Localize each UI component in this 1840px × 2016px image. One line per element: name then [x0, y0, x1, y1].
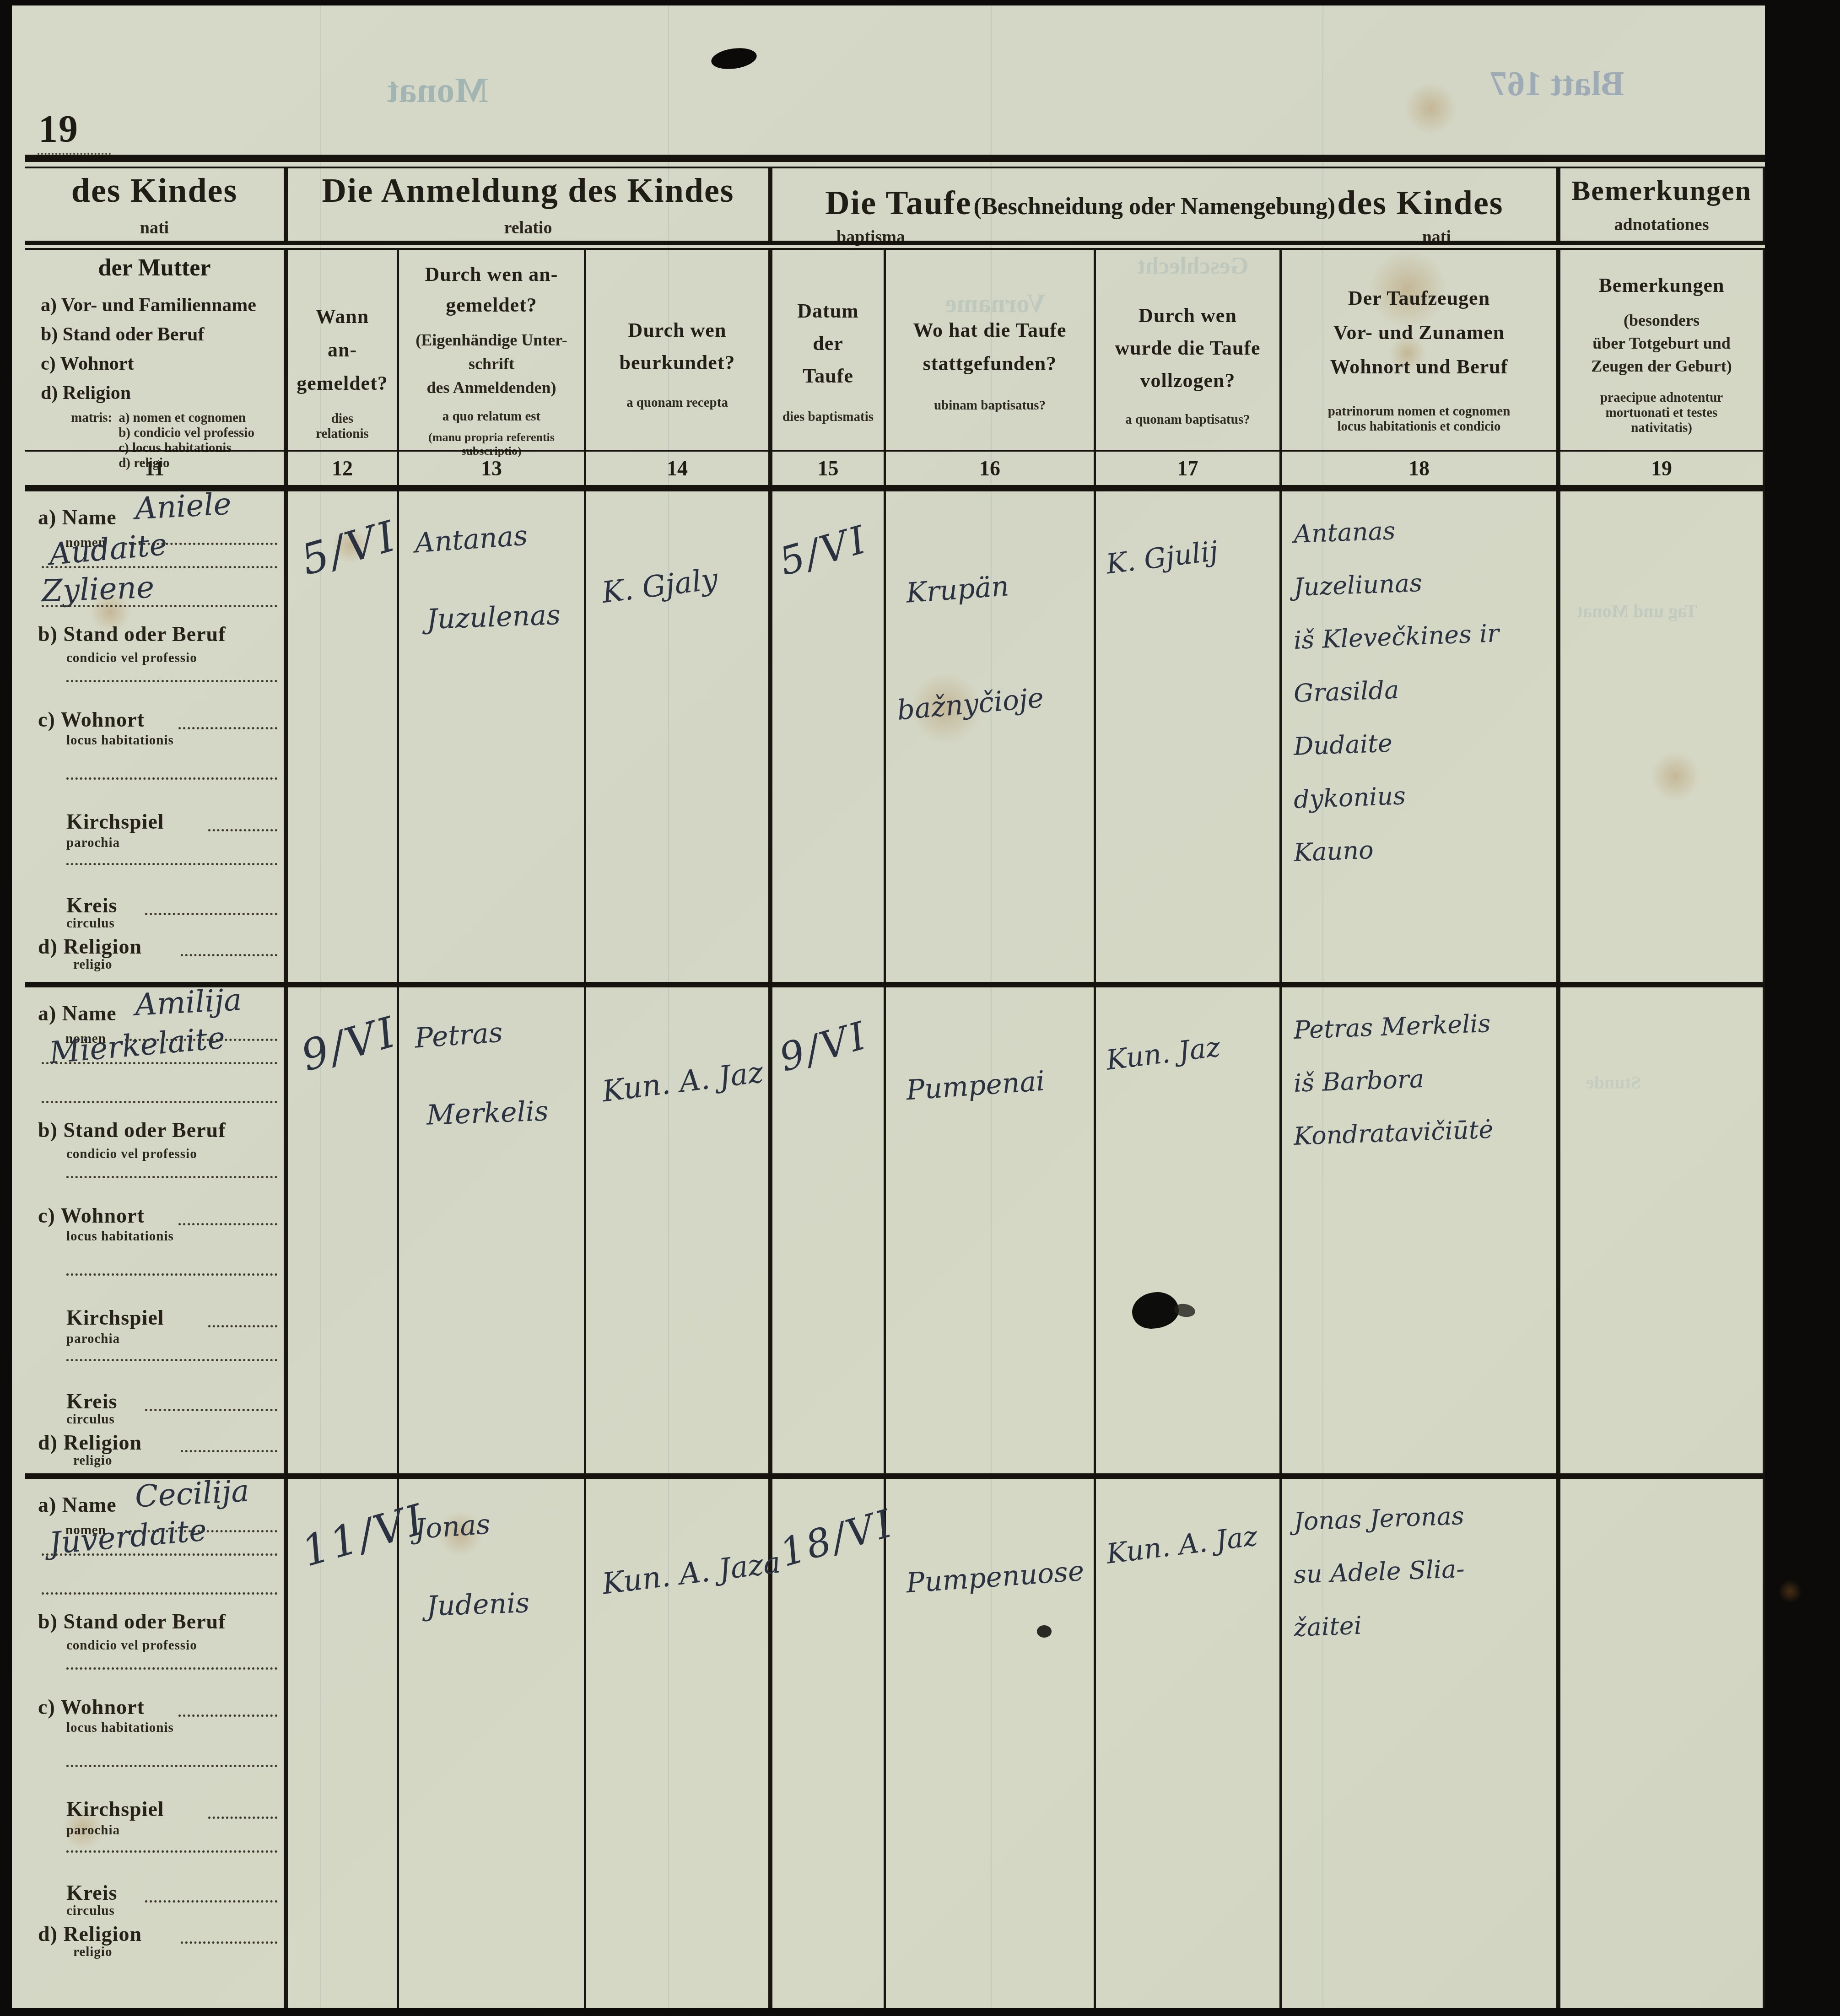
group-header-label: Bemerkungen [1571, 175, 1752, 207]
dotted-line [181, 1941, 277, 1944]
dotted-line [42, 1553, 277, 1556]
dotted-line [42, 1062, 277, 1064]
hw-witnesses-line: žaitei [1293, 1592, 1555, 1655]
col-header-latin: (manu propria referentis [399, 431, 584, 444]
col-header-paren: über Totgeburt und [1560, 334, 1763, 353]
col-header-latin: nativitatis) [1560, 420, 1763, 436]
group-header-registration: Die Anmeldung des Kindes relatio [288, 168, 772, 241]
hw-witnesses-line: iš Klevečkines ir [1293, 605, 1555, 667]
dotted-line [42, 605, 277, 607]
stain [1778, 1579, 1802, 1603]
bleed-through-text: Blatt 167 [1490, 64, 1624, 104]
label-religio: religio [73, 957, 112, 972]
hw-witnesses: Petras Merkelis iš Barbora Kondratavičiū… [1294, 999, 1554, 1159]
dotted-line [66, 1273, 277, 1276]
hw-baptism-place-line1: Krupän [905, 570, 1010, 609]
hw-witnesses-line: Grasilda [1293, 658, 1555, 720]
col-header-line: beurkundet? [586, 351, 768, 374]
col-header-line: Wo hat die Taufe [886, 318, 1094, 342]
col-header-latin: a) nomen et cognomen [119, 410, 254, 426]
dotted-line [208, 1325, 277, 1327]
label-kirchspiel: Kirchspiel [66, 809, 164, 834]
dotted-line [178, 1714, 277, 1717]
col-header-line: wurde die Taufe [1096, 336, 1279, 360]
col-header-line: Datum [772, 299, 884, 323]
col-header-line: gemeldet? [399, 293, 584, 317]
label-condicio: condicio vel professio [66, 1638, 197, 1653]
col-header-line: Vor- und Zunamen [1282, 321, 1556, 344]
col-number: 17 [1096, 452, 1282, 485]
dotted-line [181, 1450, 277, 1452]
hw-witnesses-line: Antanas [1293, 499, 1555, 561]
col-number: 11 [25, 452, 288, 485]
hw-baptism-place-line1: Pumpenuose [905, 1555, 1085, 1599]
col-header-paren: (Eigenhändige Unter- [399, 330, 584, 350]
label-stand: b) Stand oder Beruf [38, 622, 226, 646]
col-header-line: Durch wen an- [399, 263, 584, 286]
col-header-19: Bemerkungen (besonders über Totgeburt un… [1560, 250, 1765, 471]
group-header-remarks: Bemerkungen adnotationes [1560, 168, 1765, 241]
dotted-line [208, 1817, 277, 1819]
col-header-line: Der Taufzeugen [1282, 286, 1556, 310]
hw-reporter-line1: Jonas [414, 1508, 491, 1545]
cell-recorded-by: Kun. A. Jaza [586, 1479, 772, 2008]
dotted-line [178, 727, 277, 729]
hw-baptizer-signature: K. Gjulij [1105, 535, 1220, 580]
hw-witnesses-line: dykonius [1293, 764, 1555, 826]
col-header-item: c) Wohnort [41, 353, 284, 375]
label-locus: locus habitationis [66, 733, 174, 748]
group-header-child: des Kindes nati [25, 168, 288, 241]
col-number: 12 [288, 452, 399, 485]
col-header-line: Bemerkungen [1560, 274, 1763, 297]
col-header-line: Wann [288, 305, 397, 328]
cell-godparents: Petras Merkelis iš Barbora Kondratavičiū… [1282, 987, 1560, 1473]
rule [25, 155, 1765, 162]
group-header-latin: adnotationes [1614, 215, 1709, 235]
dotted-line [181, 954, 277, 956]
col-header-item: a) Vor- und Familienname [41, 294, 284, 316]
dotted-line [42, 1592, 277, 1595]
hw-mother-name-line1: Cecilija [134, 1473, 250, 1515]
hw-mother-name-line2: Audaite [48, 527, 168, 572]
cell-report-date: 5/VI [288, 491, 399, 982]
col-number: 16 [886, 452, 1096, 485]
hw-baptizer-signature: Kun. A. Jaz [1105, 1520, 1259, 1570]
hw-witnesses-line: Kauno [1293, 817, 1555, 879]
hw-witnesses-line: su Adele Slia- [1293, 1539, 1555, 1601]
cell-remarks [1560, 491, 1765, 982]
col-header-paren: des Anmeldenden) [399, 378, 584, 397]
group-header-label: des Kindes [1337, 184, 1503, 222]
cell-godparents: Jonas Jeronas su Adele Slia- žaitei [1282, 1479, 1560, 2008]
col-header-line: vollzogen? [1096, 369, 1279, 392]
entry-row: a) Name nomen Cecilija Juverdaite b) Sta… [25, 1479, 1765, 2008]
dotted-line [66, 1359, 277, 1361]
dotted-line [66, 863, 277, 865]
group-header-band: des Kindes nati Die Anmeldung des Kindes… [25, 168, 1765, 241]
cell-mother: a) Name nomen Aniele Audaite Zyliene b) … [25, 491, 288, 982]
dotted-line [208, 829, 277, 831]
col-header-line: Durch wen [586, 318, 768, 342]
cell-remarks [1560, 987, 1765, 1473]
hw-witnesses-line: Kondratavičiūtė [1293, 1101, 1555, 1163]
label-name: a) Name [38, 1001, 117, 1025]
dotted-line [178, 1223, 277, 1225]
label-condicio: condicio vel professio [66, 651, 197, 666]
col-header-item: b) Stand oder Beruf [41, 323, 284, 345]
col-header-latin: a quo relatum est [399, 409, 584, 424]
hw-reporter-line2: Judenis [426, 1587, 530, 1623]
label-kreis: Kreis [66, 1389, 117, 1413]
label-condicio: condicio vel professio [66, 1147, 197, 1162]
page-number: 19 [38, 107, 79, 151]
column-header-band: der Mutter a) Vor- und Familienname b) S… [25, 250, 1765, 450]
label-stand: b) Stand oder Beruf [38, 1118, 226, 1142]
group-header-latin: nati [140, 218, 169, 238]
cell-report-date: 11/VI [288, 1479, 399, 2008]
label-locus: locus habitationis [66, 1720, 174, 1736]
hw-reporter-line1: Antanas [414, 519, 529, 559]
hw-baptism-date: 5/VI [774, 517, 873, 584]
rule [25, 982, 1765, 987]
dotted-line [66, 680, 277, 682]
hw-baptism-date: 18/VI [775, 1500, 899, 1575]
cell-reported-by: Petras Merkelis [399, 987, 586, 1473]
hw-report-date: 9/VI [296, 1007, 403, 1081]
hw-witnesses: Jonas Jeronas su Adele Slia- žaitei [1294, 1491, 1554, 1650]
dotted-line [145, 1409, 277, 1411]
hw-witnesses-line: Petras Merkelis [1293, 995, 1555, 1057]
cell-mother: a) Name nomen Amilija Mierkelaite b) Sta… [25, 987, 288, 1473]
group-header-baptism: Die Taufe (Beschneidung oder Namengebung… [772, 168, 1560, 241]
col-header-title: der Mutter [25, 254, 284, 281]
col-header-paren: Zeugen der Geburt) [1560, 356, 1763, 376]
hw-reporter-line2: Juzulenas [426, 599, 561, 636]
dotted-line [66, 1667, 277, 1670]
ink-smudge [710, 45, 758, 71]
col-header-17: Durch wen wurde die Taufe vollzogen? a q… [1096, 250, 1282, 471]
label-name: a) Name [38, 505, 117, 529]
hw-report-date: 5/VI [296, 511, 403, 585]
col-header-latin: dies [288, 411, 397, 426]
cell-reported-by: Antanas Juzulenas [399, 491, 586, 982]
label-kreis: Kreis [66, 1881, 117, 1905]
hw-mother-name-line3: Zyliene [41, 570, 155, 609]
col-header-13: Durch wen an- gemeldet? (Eigenhändige Un… [399, 250, 586, 471]
col-header-latin: locus habitationis et condicio [1282, 419, 1556, 434]
rule [25, 1473, 1765, 1479]
label-parochia: parochia [66, 836, 120, 851]
entry-row: a) Name nomen Amilija Mierkelaite b) Sta… [25, 987, 1765, 1473]
col-header-latin: dies baptismatis [772, 410, 884, 425]
hw-recorder-signature: K. Gjaly [600, 562, 719, 610]
cell-baptism-date: 5/VI [772, 491, 886, 982]
group-header-paren: (Beschneidung oder Namengebung) [974, 194, 1336, 220]
col-number: 13 [399, 452, 586, 485]
hw-baptizer-signature: Kun. Jaz [1105, 1031, 1222, 1077]
col-header-latin: a quonam baptisatus? [1096, 412, 1279, 427]
entry-row: a) Name nomen Aniele Audaite Zyliene b) … [25, 491, 1765, 982]
label-wohnort: c) Wohnort [38, 1203, 145, 1228]
label-religio: religio [73, 1945, 112, 1960]
hw-baptism-date: 9/VI [774, 1013, 873, 1080]
label-religion: d) Religion [38, 1922, 142, 1946]
col-header-latin: patrinorum nomen et cognomen [1282, 404, 1556, 419]
hw-witnesses: Antanas Juzeliunas iš Klevečkines ir Gra… [1294, 503, 1554, 875]
cell-reported-by: Jonas Judenis [399, 1479, 586, 2008]
rule [25, 485, 1765, 491]
col-header-paren: (besonders [1560, 311, 1763, 330]
cell-baptism-date: 18/VI [772, 1479, 886, 2008]
cell-recorded-by: Kun. A. Jaz [586, 987, 772, 1473]
label-religion: d) Religion [38, 1430, 142, 1455]
label-stand: b) Stand oder Beruf [38, 1609, 226, 1633]
col-header-latin: b) condicio vel professio [119, 426, 254, 441]
cell-baptism-date: 9/VI [772, 987, 886, 1473]
label-kirchspiel: Kirchspiel [66, 1797, 164, 1821]
label-locus: locus habitationis [66, 1229, 174, 1244]
cell-godparents: Antanas Juzeliunas iš Klevečkines ir Gra… [1282, 491, 1560, 982]
col-header-line: gemeldet? [288, 372, 397, 395]
dotted-line [66, 1176, 277, 1178]
column-number-row: 11 12 13 14 15 16 17 18 19 [25, 452, 1765, 485]
col-header-line: Taufe [772, 364, 884, 388]
col-header-12: Wann an- gemeldet? dies relationis [288, 250, 399, 471]
hw-mother-name-line1: Amilija [134, 982, 243, 1023]
col-number: 19 [1560, 452, 1765, 485]
col-header-18: Der Taufzeugen Vor- und Zunamen Wohnort … [1282, 250, 1560, 471]
bleed-through-text: Monat [387, 70, 488, 111]
label-name: a) Name [38, 1493, 117, 1517]
label-circulus: circulus [66, 1903, 115, 1919]
col-header-line: Durch wen [1096, 304, 1279, 327]
register-table: des Kindes nati Die Anmeldung des Kindes… [25, 155, 1765, 2008]
dotted-line [42, 566, 277, 568]
label-wohnort: c) Wohnort [38, 707, 145, 732]
cell-baptism-place: Pumpenai [886, 987, 1096, 1473]
hw-reporter-line2: Merkelis [426, 1095, 549, 1131]
col-header-16: Wo hat die Taufe stattgefunden? ubinam b… [886, 250, 1096, 471]
cell-baptism-place: Pumpenuose [886, 1479, 1096, 2008]
col-header-paren: schrift [399, 354, 584, 373]
label-circulus: circulus [66, 916, 115, 931]
rule [25, 241, 1765, 245]
label-wohnort: c) Wohnort [38, 1695, 145, 1719]
hw-recorder-signature: Kun. A. Jaza [600, 1546, 782, 1601]
cell-mother: a) Name nomen Cecilija Juverdaite b) Sta… [25, 1479, 288, 2008]
col-header-11: der Mutter a) Vor- und Familienname b) S… [25, 250, 288, 471]
hw-baptism-place-line2: bažnyčioje [896, 682, 1045, 727]
cell-baptized-by: Kun. A. Jaz [1096, 1479, 1282, 2008]
cell-recorded-by: K. Gjaly [586, 491, 772, 982]
dotted-line [145, 1900, 277, 1903]
hw-witnesses-line: Jonas Jeronas [1293, 1486, 1555, 1548]
label-religio: religio [73, 1453, 112, 1468]
hw-baptism-place-line1: Pumpenai [905, 1065, 1046, 1107]
col-header-latin: a quonam recepta [586, 395, 768, 410]
col-header-line: Wohnort und Beruf [1282, 355, 1556, 378]
col-header-latin: ubinam baptisatus? [886, 398, 1094, 413]
label-parochia: parochia [66, 1823, 120, 1838]
hw-recorder-signature: Kun. A. Jaz [600, 1056, 765, 1109]
group-header-label: Die Taufe [825, 184, 971, 222]
label-kreis: Kreis [66, 893, 117, 917]
cell-baptized-by: K. Gjulij [1096, 491, 1282, 982]
col-header-line: an- [288, 338, 397, 361]
hw-witnesses-line: Dudaite [1293, 711, 1555, 773]
dotted-line [66, 777, 277, 780]
dotted-line [66, 1850, 277, 1853]
col-header-15: Datum der Taufe dies baptismatis [772, 250, 886, 471]
col-number: 18 [1282, 452, 1560, 485]
hw-mother-name-line1: Aniele [134, 486, 232, 527]
stain [1403, 83, 1458, 134]
cell-report-date: 9/VI [288, 987, 399, 1473]
label-circulus: circulus [66, 1412, 115, 1427]
label-kirchspiel: Kirchspiel [66, 1305, 164, 1330]
col-header-item: d) Religion [41, 382, 284, 404]
col-header-latin: relationis [288, 426, 397, 442]
col-header-latin: praecipue adnotentur [1560, 390, 1763, 405]
label-religion: d) Religion [38, 934, 142, 959]
hw-witnesses-line: Juzeliunas [1293, 552, 1555, 614]
hw-witnesses-line: iš Barbora [1293, 1048, 1555, 1110]
col-number: 14 [586, 452, 772, 485]
col-number: 15 [772, 452, 886, 485]
cell-baptism-place: Krupän bažnyčioje [886, 491, 1096, 982]
col-header-latin: mortuonati et testes [1560, 405, 1763, 420]
col-header-line: der [772, 332, 884, 355]
dotted-line [42, 1101, 277, 1103]
group-header-latin: relatio [504, 218, 552, 238]
col-header-line: stattgefunden? [886, 352, 1094, 375]
group-header-label: Die Anmeldung des Kindes [322, 172, 734, 210]
cell-remarks [1560, 1479, 1765, 2008]
hw-reporter-line1: Petras [414, 1016, 504, 1054]
col-header-14: Durch wen beurkundet? a quonam recepta [586, 250, 772, 471]
cell-baptized-by: Kun. Jaz [1096, 987, 1282, 1473]
dotted-line [66, 1765, 277, 1767]
dotted-line [145, 913, 277, 915]
label-parochia: parochia [66, 1331, 120, 1347]
group-header-label: des Kindes [71, 172, 237, 210]
